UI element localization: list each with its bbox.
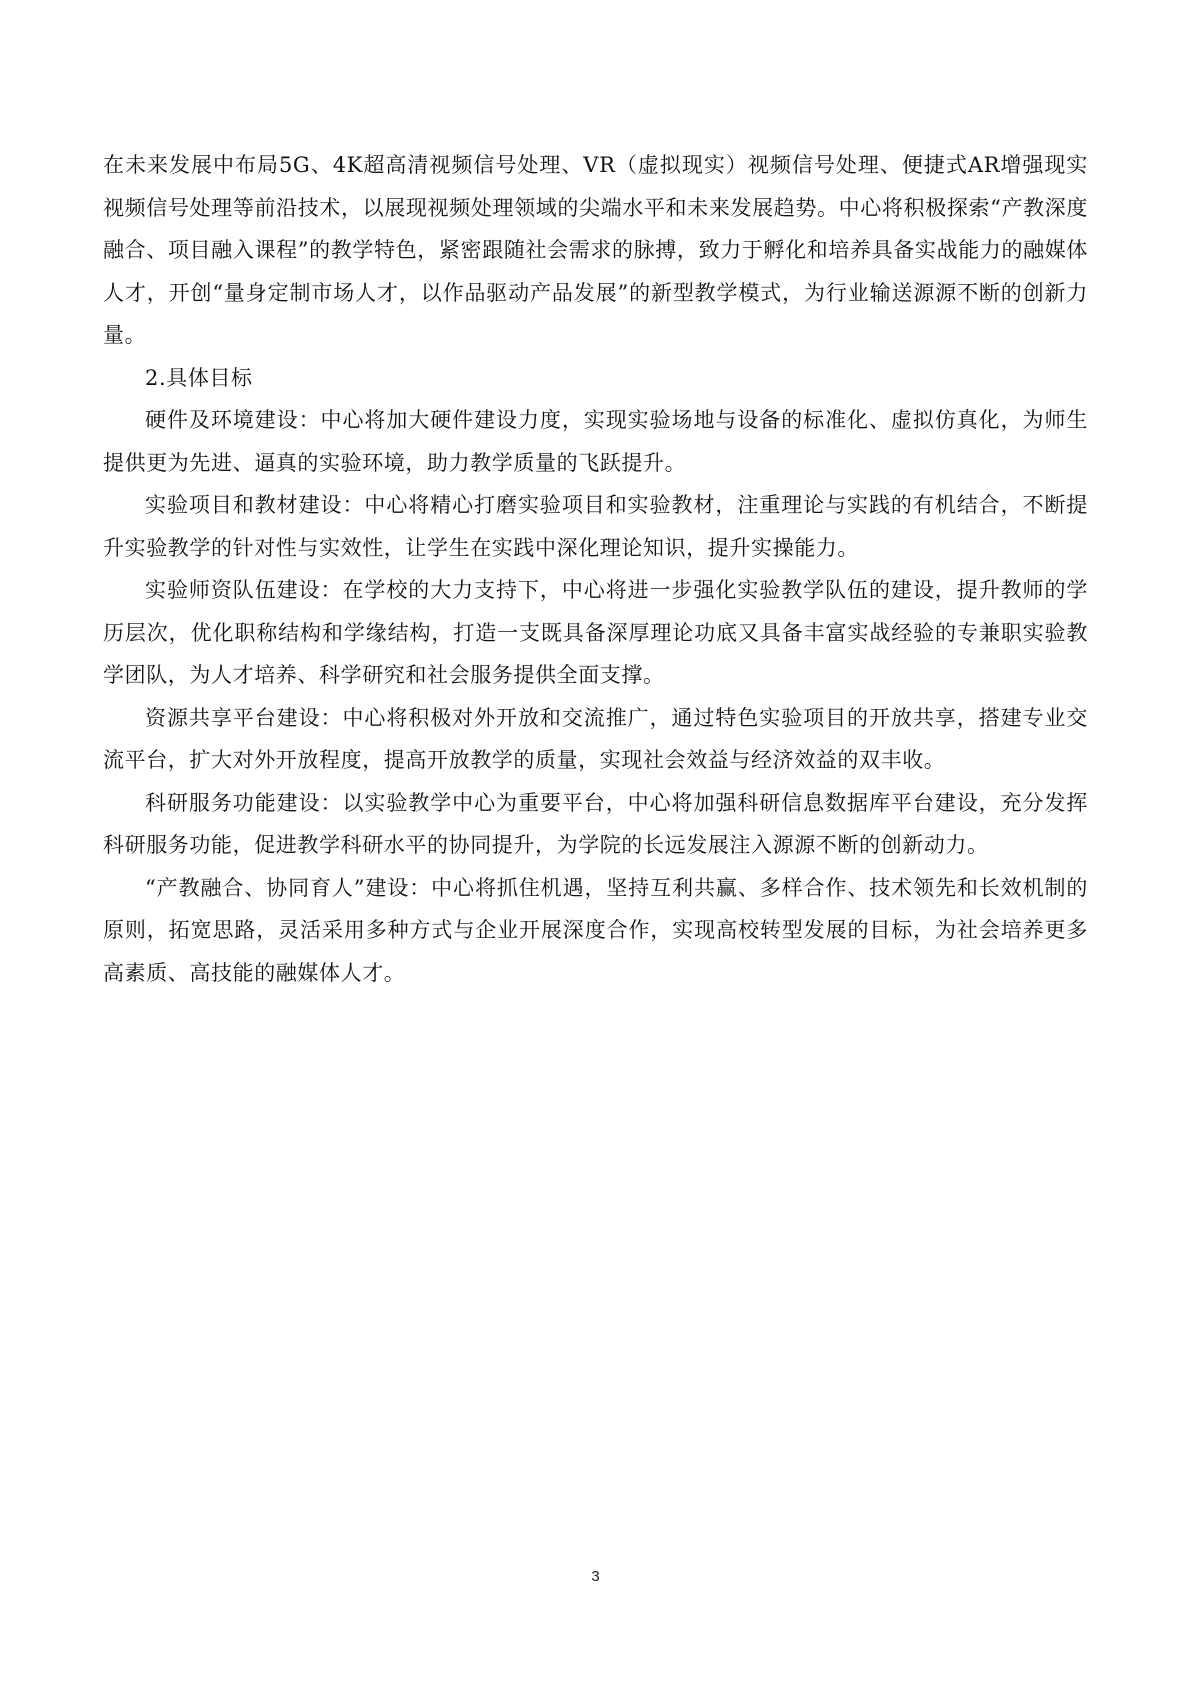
paragraph-resource-sharing: 资源共享平台建设：中心将积极对外开放和交流推广，通过特色实验项目的开放共享，搭建… <box>103 697 1088 782</box>
document-body: 在未来发展中布局5G、4K超高清视频信号处理、VR（虚拟现实）视频信号处理、便捷… <box>103 144 1088 994</box>
page-number: 3 <box>0 1568 1191 1585</box>
paragraph-faculty-team: 实验师资队伍建设：在学校的大力支持下，中心将进一步强化实验教学队伍的建设，提升教… <box>103 569 1088 697</box>
paragraph-projects-textbooks: 实验项目和教材建设：中心将精心打磨实验项目和实验教材，注重理论与实践的有机结合，… <box>103 484 1088 569</box>
section-heading-specific-goals: 2.具体目标 <box>103 357 1088 400</box>
paragraph-future-technology: 在未来发展中布局5G、4K超高清视频信号处理、VR（虚拟现实）视频信号处理、便捷… <box>103 144 1088 357</box>
paragraph-research-services: 科研服务功能建设：以实验教学中心为重要平台，中心将加强科研信息数据库平台建设，充… <box>103 782 1088 867</box>
paragraph-industry-education: “产教融合、协同育人”建设：中心将抓住机遇，坚持互利共赢、多样合作、技术领先和长… <box>103 867 1088 995</box>
paragraph-hardware-environment: 硬件及环境建设：中心将加大硬件建设力度，实现实验场地与设备的标准化、虚拟仿真化，… <box>103 399 1088 484</box>
